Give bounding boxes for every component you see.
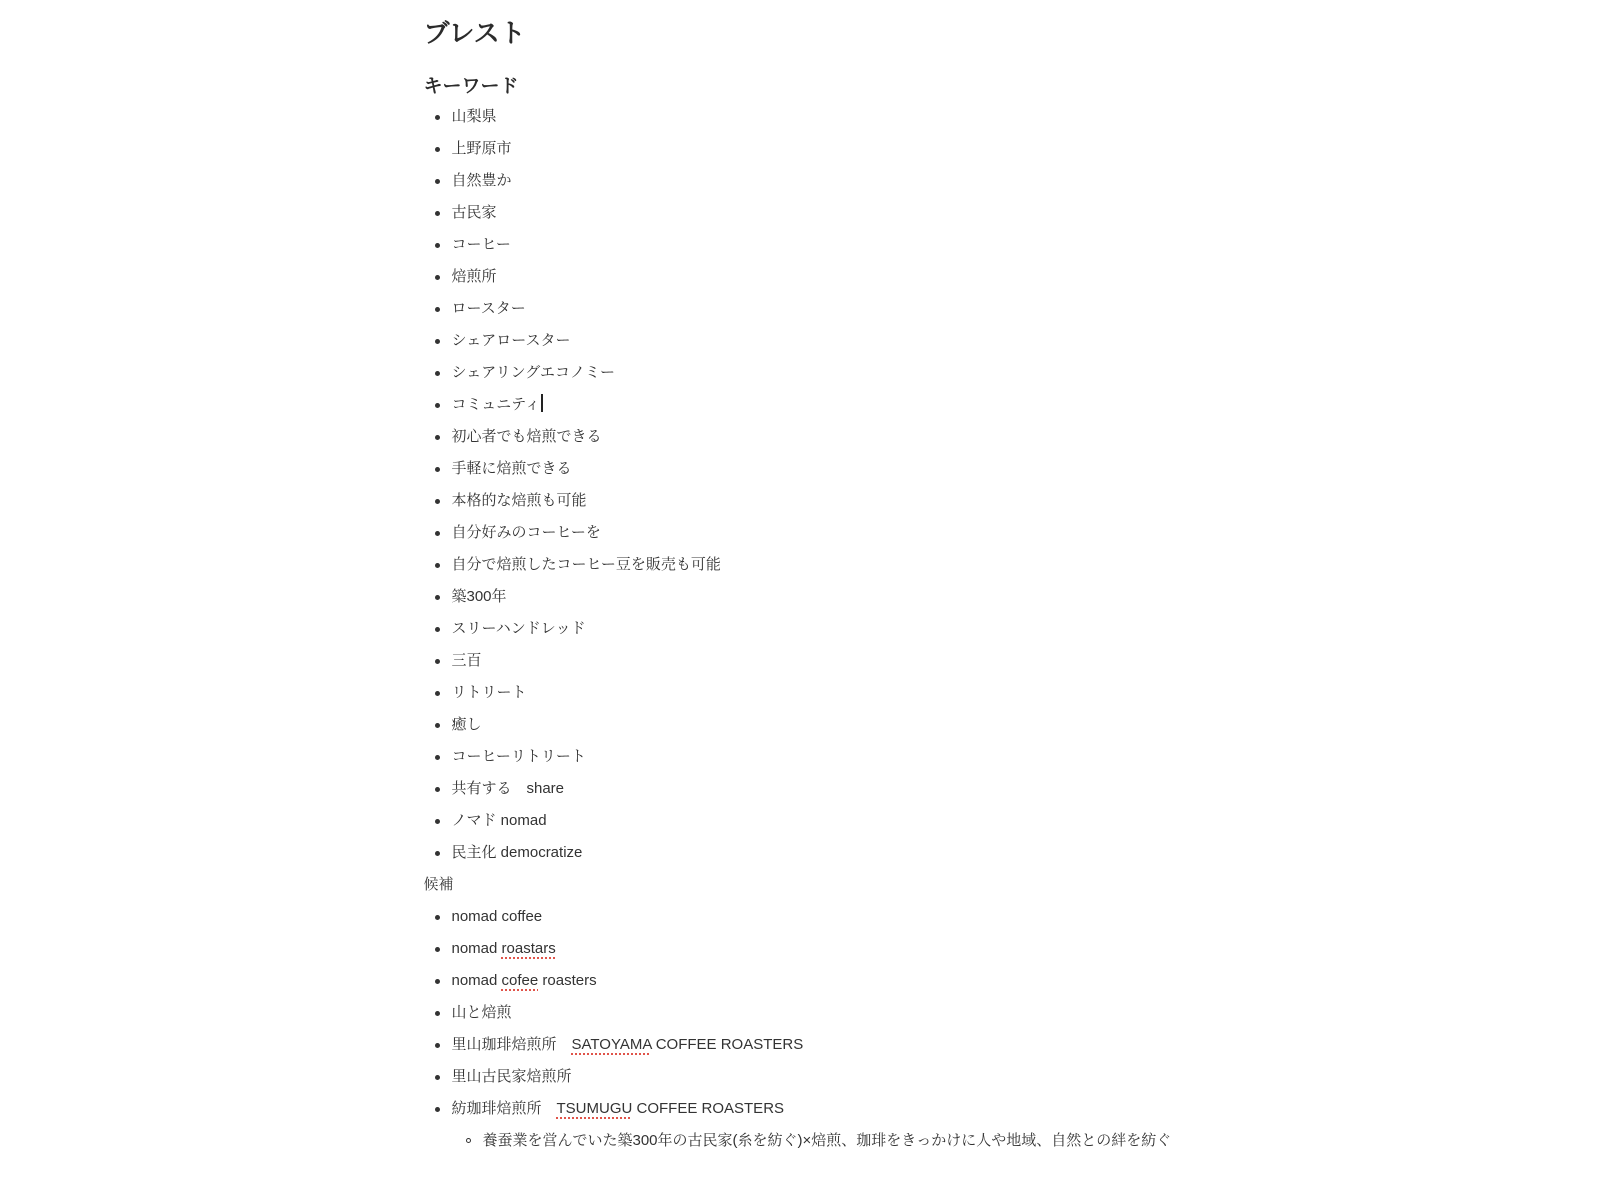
keyword-text: シェアリングエコノミー — [452, 364, 616, 381]
text-caret — [541, 394, 543, 412]
keyword-text: 自分で焙煎したコーヒー豆を販売も可能 — [452, 556, 721, 573]
keyword-text: リトリート — [452, 684, 527, 701]
keyword-text: 上野原市 — [452, 140, 512, 157]
keyword-item[interactable]: 手軽に焙煎できる — [424, 457, 1190, 481]
keyword-item[interactable]: 民主化 democratize — [424, 841, 1190, 865]
keyword-text: 民主化 democratize — [452, 844, 583, 861]
candidate-item[interactable]: 山と焙煎 — [424, 1001, 1190, 1025]
keyword-text: コミュニティ — [452, 396, 541, 413]
keyword-item[interactable]: 初心者でも焙煎できる — [424, 425, 1190, 449]
keyword-text: 手軽に焙煎できる — [452, 460, 572, 477]
keyword-item[interactable]: コーヒーリトリート — [424, 745, 1190, 769]
keyword-text: 築300年 — [452, 588, 507, 605]
keyword-item[interactable]: 三百 — [424, 649, 1190, 673]
keywords-heading[interactable]: キーワード — [424, 77, 1190, 97]
misspelled-word[interactable]: TSUMUGU — [557, 1100, 633, 1117]
keyword-text: スリーハンドレッド — [452, 620, 586, 637]
candidate-text: nomad — [452, 940, 502, 957]
candidate-text: nomad coffee — [452, 908, 543, 925]
candidate-item[interactable]: 里山古民家焙煎所 — [424, 1065, 1190, 1089]
keyword-item[interactable]: 自分で焙煎したコーヒー豆を販売も可能 — [424, 553, 1190, 577]
candidate-sub-item[interactable]: 養蚕業を営んでいた築300年の古民家(糸を紡ぐ)×焙煎、珈琲をきっかけに人や地域… — [452, 1129, 1190, 1153]
candidates-list: nomad coffeenomad roastarsnomad cofee ro… — [424, 905, 1190, 1153]
candidate-text: COFFEE ROASTERS — [652, 1036, 804, 1053]
candidate-item[interactable]: nomad roastars — [424, 937, 1190, 961]
keyword-text: 山梨県 — [452, 108, 497, 125]
candidate-item[interactable]: 里山珈琲焙煎所 SATOYAMA COFFEE ROASTERS — [424, 1033, 1190, 1057]
keyword-text: ロースター — [452, 300, 526, 317]
keyword-text: 焙煎所 — [452, 268, 497, 285]
document-title[interactable]: ブレスト — [424, 20, 1190, 47]
keyword-item[interactable]: 上野原市 — [424, 137, 1190, 161]
keyword-item[interactable]: 築300年 — [424, 585, 1190, 609]
candidate-text: roasters — [538, 972, 596, 989]
keyword-text: 本格的な焙煎も可能 — [452, 492, 587, 509]
keyword-text: 三百 — [452, 652, 482, 669]
keyword-text: 共有する share — [452, 780, 565, 797]
keyword-text: シェアロースター — [452, 332, 571, 349]
keyword-item[interactable]: 自分好みのコーヒーを — [424, 521, 1190, 545]
keyword-text: コーヒーリトリート — [452, 748, 586, 765]
candidate-text: 里山珈琲焙煎所 — [452, 1036, 572, 1053]
keyword-item[interactable]: シェアロースター — [424, 329, 1190, 353]
keyword-item[interactable]: 山梨県 — [424, 105, 1190, 129]
keyword-item[interactable]: ノマド nomad — [424, 809, 1190, 833]
keyword-item[interactable]: 癒し — [424, 713, 1190, 737]
keyword-text: 癒し — [452, 716, 482, 733]
keyword-item[interactable]: コミュニティ — [424, 393, 1190, 417]
candidate-item[interactable]: nomad cofee roasters — [424, 969, 1190, 993]
keyword-text: コーヒー — [452, 236, 511, 253]
keyword-item[interactable]: リトリート — [424, 681, 1190, 705]
keyword-item[interactable]: コーヒー — [424, 233, 1190, 257]
misspelled-word[interactable]: cofee — [502, 972, 539, 989]
keyword-item[interactable]: 本格的な焙煎も可能 — [424, 489, 1190, 513]
candidate-item[interactable]: 紡珈琲焙煎所 TSUMUGU COFFEE ROASTERS養蚕業を営んでいた築… — [424, 1097, 1190, 1153]
keyword-text: ノマド nomad — [452, 812, 547, 829]
candidate-sub-list: 養蚕業を営んでいた築300年の古民家(糸を紡ぐ)×焙煎、珈琲をきっかけに人や地域… — [452, 1129, 1190, 1153]
candidate-text: COFFEE ROASTERS — [632, 1100, 784, 1117]
keyword-item[interactable]: 古民家 — [424, 201, 1190, 225]
keyword-item[interactable]: 共有する share — [424, 777, 1190, 801]
candidates-heading[interactable]: 候補 — [424, 873, 1190, 897]
keywords-list: 山梨県上野原市自然豊か古民家コーヒー焙煎所ロースターシェアロースターシェアリング… — [424, 105, 1190, 865]
keyword-text: 古民家 — [452, 204, 497, 221]
keyword-item[interactable]: ロースター — [424, 297, 1190, 321]
keyword-item[interactable]: 焙煎所 — [424, 265, 1190, 289]
keyword-text: 自分好みのコーヒーを — [452, 524, 601, 541]
keyword-text: 初心者でも焙煎できる — [452, 428, 602, 445]
candidate-text: 紡珈琲焙煎所 — [452, 1100, 557, 1117]
candidate-text: 里山古民家焙煎所 — [452, 1068, 572, 1085]
keyword-text: 自然豊か — [452, 172, 512, 189]
keyword-item[interactable]: シェアリングエコノミー — [424, 361, 1190, 385]
keyword-item[interactable]: スリーハンドレッド — [424, 617, 1190, 641]
misspelled-word[interactable]: SATOYAMA — [572, 1036, 652, 1053]
candidate-item[interactable]: nomad coffee — [424, 905, 1190, 929]
keyword-item[interactable]: 自然豊か — [424, 169, 1190, 193]
candidate-text: nomad — [452, 972, 502, 989]
candidate-text: 山と焙煎 — [452, 1004, 512, 1021]
document-canvas[interactable]: ブレスト キーワード 山梨県上野原市自然豊か古民家コーヒー焙煎所ロースターシェア… — [424, 20, 1190, 1153]
misspelled-word[interactable]: roastars — [502, 940, 556, 957]
